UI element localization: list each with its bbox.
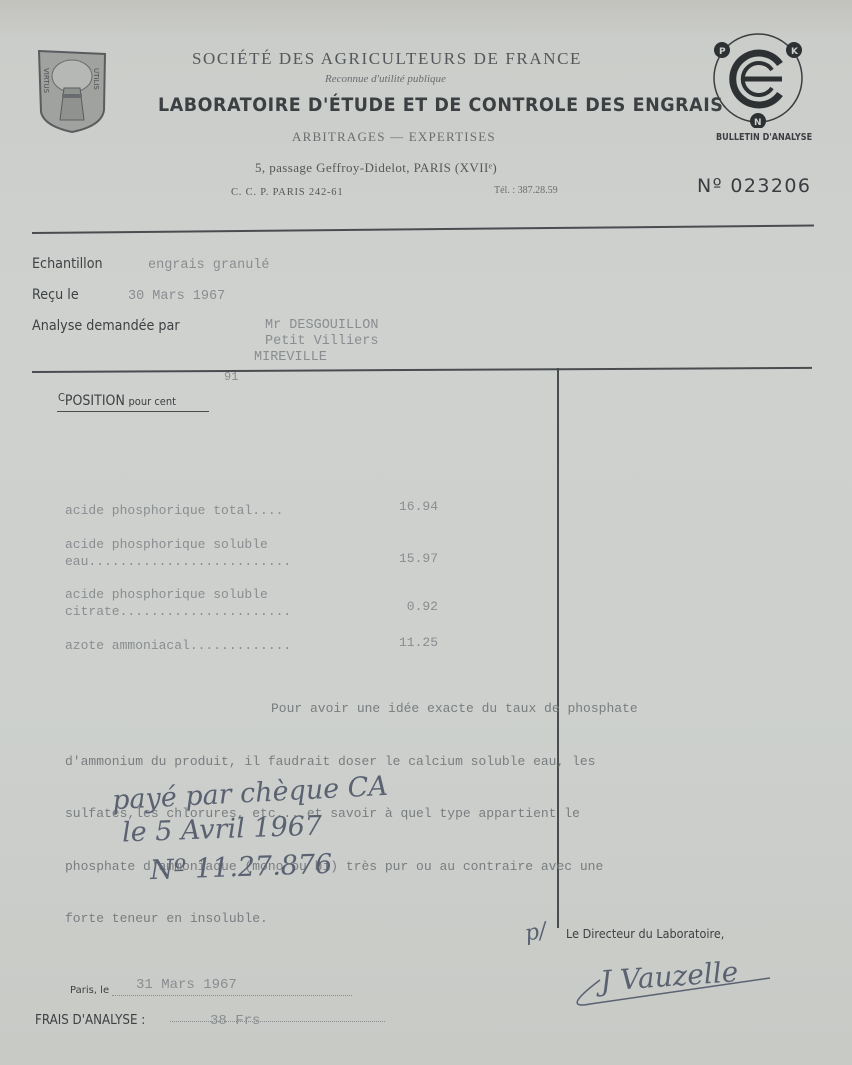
composition-underline — [57, 411, 209, 412]
demandee-label: Analyse demandée par — [32, 318, 180, 334]
paris-le-dotted-line — [112, 994, 352, 996]
address-text: 5, passage Geffroy-Didelot, PARIS (XVIIᵉ… — [255, 160, 497, 176]
result-label-eau-1: acide phosphorique soluble — [65, 536, 268, 553]
result-value-total: 16.94 — [368, 499, 438, 514]
frais-dotted-line — [170, 1020, 385, 1022]
result-value-eau: 15.97 — [368, 551, 438, 566]
svg-text:K: K — [791, 47, 799, 57]
requester-line-1: Mr DESGOUILLON — [265, 318, 378, 334]
note-line-1: Pour avoir une idée exacte du taux de ph… — [65, 700, 805, 718]
recognition-text: Reconnue d'utilité publique — [325, 73, 446, 85]
note-line-2: d'ammonium du produit, il faudrait doser… — [65, 753, 805, 771]
result-label-citrate-2: citrate...................... — [65, 603, 291, 620]
department-code: 91 — [224, 370, 238, 384]
analysis-note: Pour avoir une idée exacte du taux de ph… — [65, 665, 805, 963]
coat-of-arms-icon: VIRTUS UTILIS — [36, 48, 108, 134]
bulletin-label: BULLETIN D'ANALYSE — [716, 132, 812, 143]
composition-title-prefix: C — [58, 391, 65, 404]
recu-label: Reçu le — [32, 287, 79, 303]
result-label-eau-2: eau.......................... — [65, 553, 291, 570]
recu-value: 30 Mars 1967 — [128, 289, 225, 304]
ccp-text: C. C. P. PARIS 242-61 — [231, 187, 343, 198]
echantillon-value: engrais granulé — [148, 258, 270, 273]
note-line-5: forte teneur en insoluble. — [65, 910, 805, 928]
director-label: Le Directeur du Laboratoire, — [566, 926, 724, 941]
result-value-citrate: 0.92 — [368, 599, 438, 614]
services-text: ARBITRAGES — EXPERTISES — [292, 129, 496, 145]
frais-label: FRAIS D'ANALYSE : — [35, 1012, 145, 1028]
signature-flourish-icon — [570, 970, 780, 1010]
npk-emblem-icon: P K N — [708, 28, 808, 128]
laboratory-name: LABORATOIRE D'ÉTUDE ET DE CONTROLE DES E… — [158, 94, 723, 116]
header-divider — [32, 224, 814, 233]
composition-title: CPOSITIONpour cent — [58, 391, 176, 409]
phone-text: Tél. : 387.28.59 — [494, 185, 558, 196]
svg-text:UTILIS: UTILIS — [92, 68, 100, 90]
paris-le-label: Paris, le — [70, 985, 109, 996]
result-label-citrate-1: acide phosphorique soluble — [65, 586, 268, 603]
svg-text:VIRTUS: VIRTUS — [42, 68, 50, 94]
result-label-total: acide phosphorique total.... — [65, 502, 283, 519]
handwritten-pp: p/ — [523, 918, 549, 946]
requester-line-3: MIREVILLE — [254, 350, 327, 366]
section-divider — [32, 367, 812, 373]
result-value-azote: 11.25 — [368, 635, 438, 650]
paris-le-value: 31 Mars 1967 — [136, 977, 237, 993]
society-name: SOCIÉTÉ DES AGRICULTEURS DE FRANCE — [192, 49, 582, 69]
composition-title-text: POSITION — [65, 393, 125, 409]
handwritten-payment-line-3: Nº 11.27.876 — [150, 849, 333, 886]
analysis-bulletin-page: VIRTUS UTILIS SOCIÉTÉ DES AGRICULTEURS D… — [0, 0, 852, 1065]
bulletin-number: Nº 023206 — [697, 175, 811, 197]
requester-line-2: Petit Villiers — [265, 334, 378, 350]
result-label-azote: azote ammoniacal............. — [65, 637, 291, 654]
svg-text:P: P — [719, 47, 726, 57]
svg-text:N: N — [754, 118, 762, 128]
composition-subtitle: pour cent — [129, 395, 177, 408]
echantillon-label: Echantillon — [32, 256, 103, 272]
